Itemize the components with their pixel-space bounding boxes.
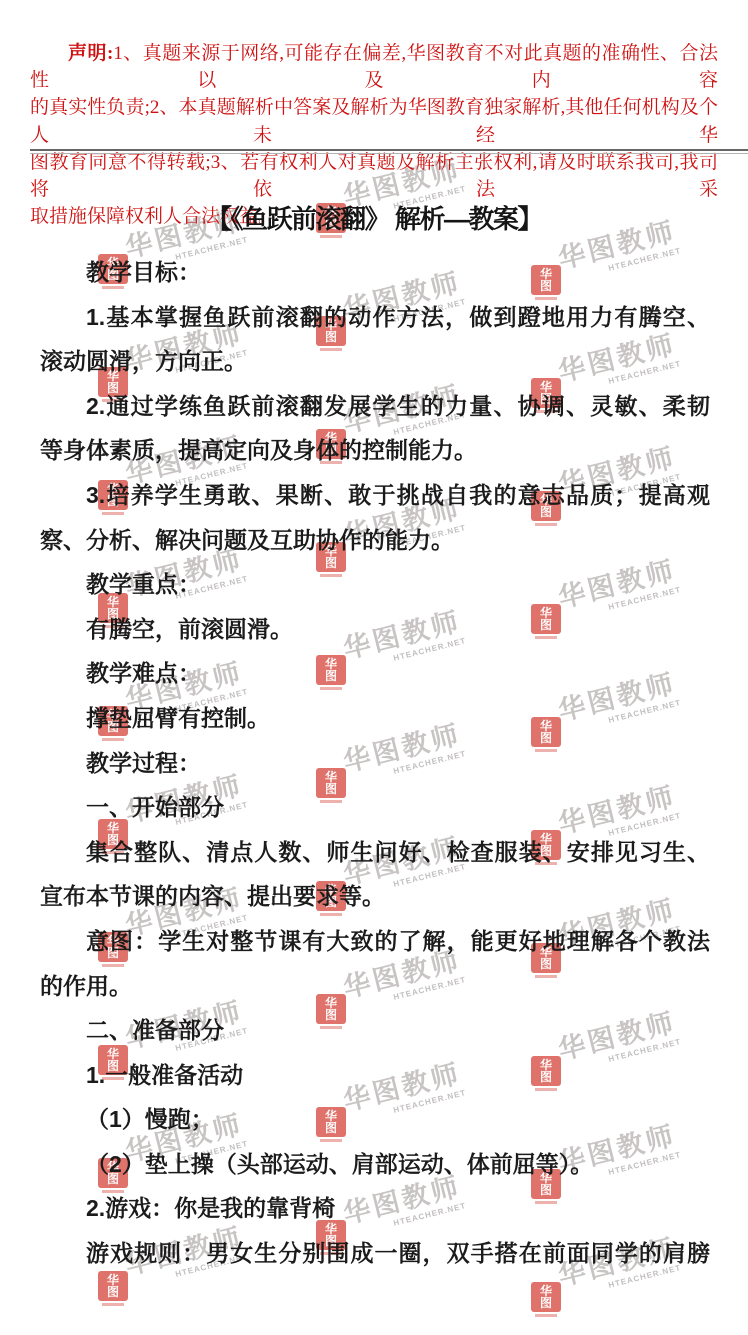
disclaimer-line: 图教育同意不得转载;3、若有权利人对真题及解析主张权利,请及时联系我司,我司将依… (30, 149, 718, 203)
body-line: 3.培养学生勇敢、果断、敢于挑战自我的意志品质；提高观 (40, 473, 710, 518)
disclaimer-label: 声明: (68, 43, 113, 64)
body-line: （1）慢跑； (40, 1097, 710, 1142)
body-line: 游戏规则：男女生分别围成一圈，双手搭在前面同学的肩膀 (40, 1231, 710, 1276)
body-line: 等身体素质，提高定向及身体的控制能力。 (40, 428, 710, 473)
body-line: 一、开始部分 (40, 785, 710, 830)
body-line: 1.一般准备活动 (40, 1053, 710, 1098)
lesson-plan-body: 教学目标：1.基本掌握鱼跃前滚翻的动作方法，做到蹬地用力有腾空、滚动圆滑，方向正… (40, 250, 710, 1276)
body-line: 集合整队、清点人数、师生问好、检查服装、安排见习生、 (40, 830, 710, 875)
header-separator-line (30, 149, 748, 154)
body-line: 2.通过学练鱼跃前滚翻发展学生的力量、协调、灵敏、柔韧 (40, 384, 710, 429)
document-page: 华图华图教师HTEACHER.NET华图华图教师HTEACHER.NET华图华图… (0, 0, 748, 1335)
body-line: 宣布本节课的内容、提出要求等。 (40, 874, 710, 919)
disclaimer-line: 的真实性负责;2、本真题解析中答案及解析为华图教育独家解析,其他任何机构及个人未… (30, 94, 718, 148)
body-line: 二、准备部分 (40, 1008, 710, 1053)
document-title: 【《鱼跃前滚翻》 解析—教案】 (0, 199, 748, 236)
body-line: 教学重点： (40, 562, 710, 607)
body-line: 2.游戏：你是我的靠背椅 (40, 1186, 710, 1231)
body-line: 教学过程： (40, 741, 710, 786)
body-line: 意图：学生对整节课有大致的了解，能更好地理解各个教法 (40, 919, 710, 964)
body-line: 有腾空，前滚圆滑。 (40, 607, 710, 652)
body-line: 教学目标： (40, 250, 710, 295)
body-line: 教学难点： (40, 651, 710, 696)
body-line: 撑垫屈臂有控制。 (40, 696, 710, 741)
document-content: 声明:1、真题来源于网络,可能存在偏差,华图教育不对此真题的准确性、合法性以及内… (0, 0, 748, 1335)
body-line: 1.基本掌握鱼跃前滚翻的动作方法，做到蹬地用力有腾空、 (40, 295, 710, 340)
body-line: 的作用。 (40, 964, 710, 1009)
body-line: 滚动圆滑，方向正。 (40, 339, 710, 384)
disclaimer-line: 声明:1、真题来源于网络,可能存在偏差,华图教育不对此真题的准确性、合法性以及内… (30, 40, 718, 94)
body-line: （2）垫上操（头部运动、肩部运动、体前屈等）。 (40, 1142, 710, 1187)
body-line: 察、分析、解决问题及互助协作的能力。 (40, 518, 710, 563)
